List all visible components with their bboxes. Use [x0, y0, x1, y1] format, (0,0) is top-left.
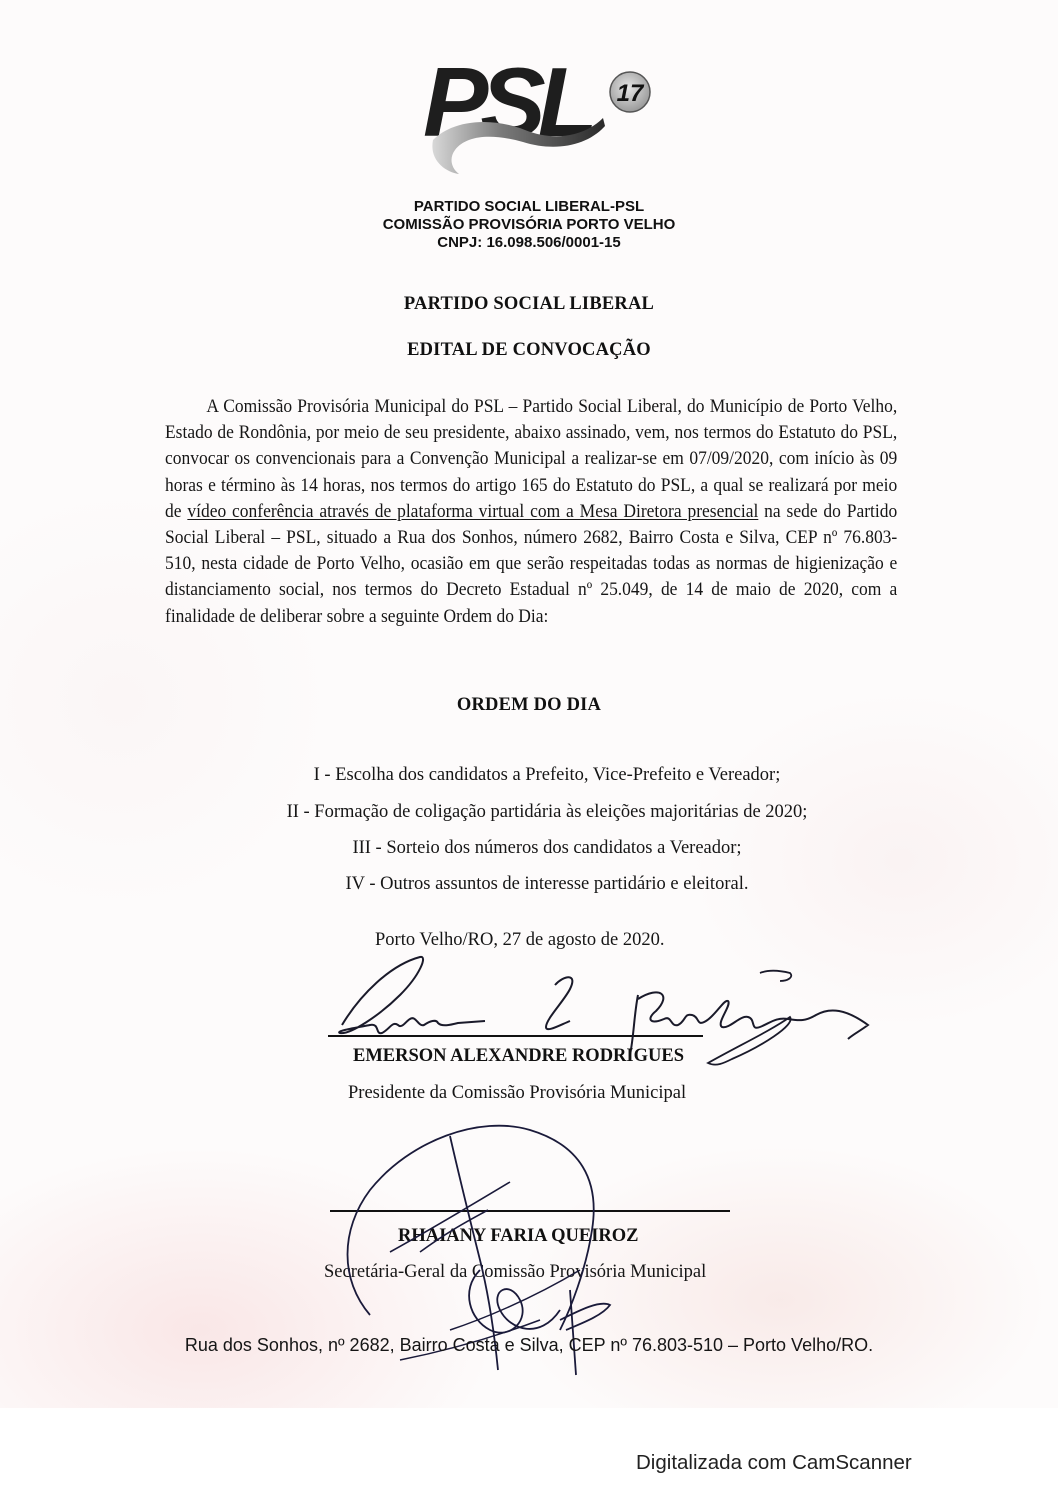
letterhead-party: PARTIDO SOCIAL LIBERAL-PSL	[0, 198, 1058, 216]
letterhead-commission: COMISSÃO PROVISÓRIA PORTO VELHO	[0, 216, 1058, 234]
agenda-item: III - Sorteio dos números dos candidatos…	[0, 838, 1058, 859]
letterhead-cnpj: CNPJ: 16.098.506/0001-15	[0, 234, 1058, 252]
place-date: Porto Velho/RO, 27 de agosto de 2020.	[375, 930, 664, 951]
agenda-item: I - Escolha dos candidatos a Prefeito, V…	[0, 765, 1058, 786]
psl-logo: PSL 17	[415, 48, 665, 183]
party-title: PARTIDO SOCIAL LIBERAL	[0, 294, 1058, 315]
agenda-title: ORDEM DO DIA	[0, 695, 1058, 716]
camscanner-watermark: Digitalizada com CamScanner	[636, 1451, 912, 1475]
signatory-name: EMERSON ALEXANDRE RODRIGUES	[353, 1046, 684, 1067]
document-title: EDITAL DE CONVOCAÇÃO	[0, 340, 1058, 361]
convocation-paragraph: A Comissão Provisória Municipal do PSL –…	[165, 394, 897, 630]
agenda-item: IV - Outros assuntos de interesse partid…	[0, 874, 1058, 895]
footer-address: Rua dos Sonhos, nº 2682, Bairro Costa e …	[0, 1335, 1058, 1356]
badge-number: 17	[617, 80, 645, 107]
agenda-item: II - Formação de coligação partidária às…	[0, 802, 1058, 823]
paragraph-underlined: vídeo conferência através de plataforma …	[187, 501, 758, 522]
signatory-role: Presidente da Comissão Provisória Munici…	[348, 1083, 686, 1104]
